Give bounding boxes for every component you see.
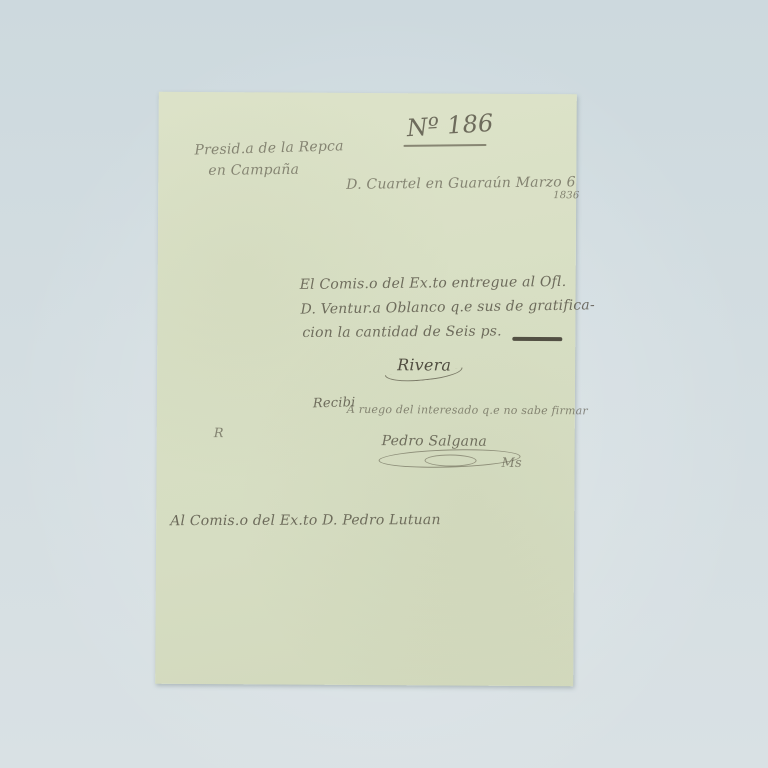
ink-dash-stroke xyxy=(512,337,562,341)
margin-mark: R xyxy=(214,426,224,441)
body-line-2: D. Ventur.a Oblanco q.e sus de gratifica… xyxy=(300,297,595,317)
document-number-underline xyxy=(403,144,486,147)
body-line-3: cion la cantidad de Seis ps. xyxy=(302,323,502,341)
place-date-year: 1836 xyxy=(553,190,579,201)
document-number: Nº 186 xyxy=(406,109,495,142)
signature-second: Pedro Salgana xyxy=(382,433,487,450)
place-date: D. Cuartel en Guaraún Marzo 6 xyxy=(346,174,576,193)
header-left-line-2: en Campaña xyxy=(208,162,299,179)
manuscript-sheet: Presid.a de la Repca en Campaña Nº 186 D… xyxy=(155,92,577,687)
header-left-line-1: Presid.a de la Repca xyxy=(194,138,344,158)
signature-second-suffix: Ms xyxy=(502,456,522,471)
receipt-text: A ruego del interesado q.e no sabe firma… xyxy=(347,403,588,417)
body-line-1: El Comis.o del Ex.to entregue al Ofl. xyxy=(300,274,567,293)
addressee-line: Al Comis.o del Ex.to D. Pedro Lutuan xyxy=(170,512,441,529)
signature-second-flourish-inner xyxy=(425,454,477,466)
